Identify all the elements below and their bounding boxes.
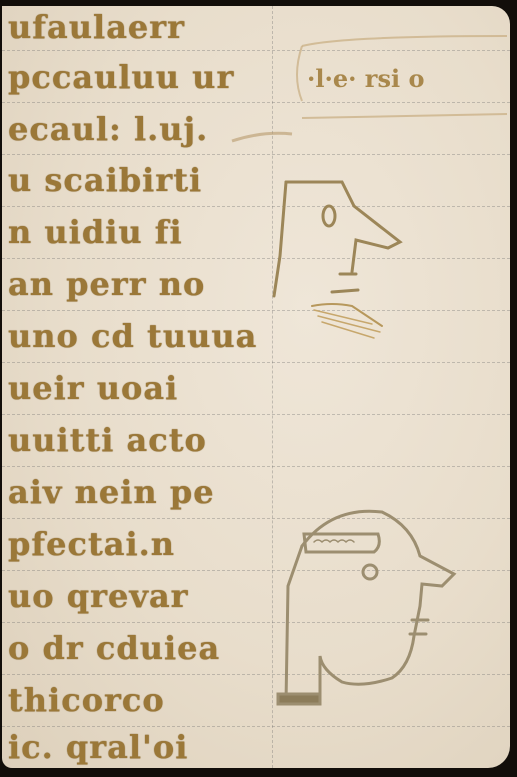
manuscript-page: ufaulaerr pccauluu ur ecaul: l.uj. u sca… [2, 6, 510, 768]
marginal-drawings [2, 6, 510, 768]
photo-frame: ufaulaerr pccauluu ur ecaul: l.uj. u sca… [0, 0, 517, 777]
upper-head-drawing [274, 182, 400, 338]
lower-head-drawing [278, 511, 454, 704]
